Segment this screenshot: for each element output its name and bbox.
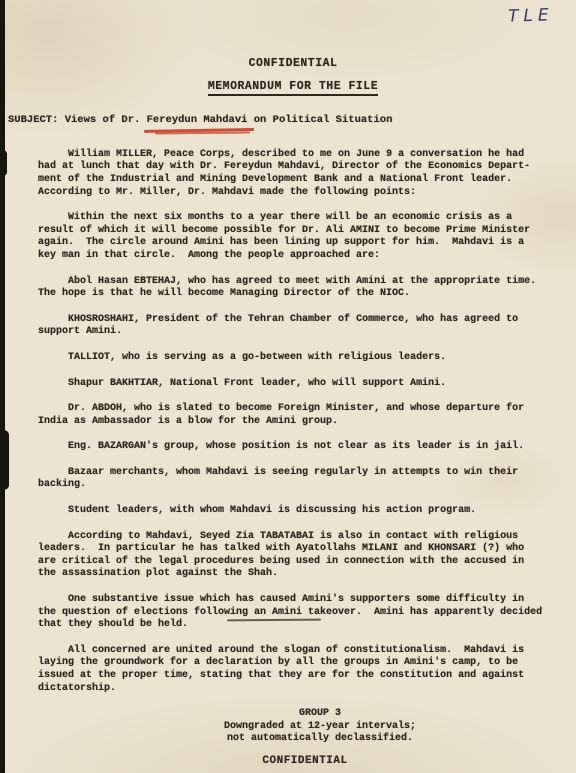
classification-header: CONFIDENTIAL (38, 58, 548, 71)
group-label: GROUP 3 (65, 708, 575, 721)
paragraph-student-leaders: Student leaders, with whom Mahdavi is di… (38, 505, 548, 518)
paragraph-talliot: TALLIOT, who is serving as a go-between … (38, 352, 548, 365)
paragraph-khosroshahi: KHOSROSHAHI, President of the Tehran Cha… (38, 314, 548, 339)
paragraph-bazaar-merchants: Bazaar merchants, whom Mahdavi is seeing… (38, 467, 548, 492)
subject-suffix: on Political Situation (247, 114, 392, 126)
paragraph-miller-intro: William MILLER, Peace Corps, described t… (38, 149, 548, 199)
paragraph-constitutionalism: All concerned are united around the slog… (38, 645, 548, 695)
downgrade-note-line2: not automatically declassified. (65, 733, 575, 746)
paragraph-bazargan: Eng. BAZARGAN's group, whose position is… (38, 441, 548, 454)
classification-footer: CONFIDENTIAL (50, 755, 560, 768)
memo-title: MEMORANDUM FOR THE FILE (208, 81, 378, 97)
paragraph-abdoh: Dr. ABDOH, who is slated to become Forei… (38, 403, 548, 428)
document-page: TLE CONFIDENTIAL MEMORANDUM FOR THE FILE… (0, 0, 576, 773)
memo-content: CONFIDENTIAL MEMORANDUM FOR THE FILE SUB… (0, 0, 576, 767)
declassification-block: GROUP 3 Downgraded at 12-year intervals;… (65, 708, 575, 746)
subject-line: SUBJECT: Views of Dr. Fereydun Mahdavi o… (8, 114, 548, 127)
paragraph-tabatabai: According to Mahdavi, Seyed Zia TABATABA… (38, 531, 548, 581)
paragraph-economic-crisis: Within the next six months to a year the… (38, 212, 548, 262)
paragraph-ebtehaj: Abol Hasan EBTEHAJ, who has agreed to me… (38, 276, 548, 301)
memo-title-row: MEMORANDUM FOR THE FILE (38, 81, 548, 97)
downgrade-note-line1: Downgraded at 12-year intervals; (65, 721, 575, 734)
subject-label: SUBJECT: Views of Dr. (8, 114, 147, 126)
paragraph-bakhtiar: Shapur BAKHTIAR, National Front leader, … (38, 378, 548, 391)
subject-name-highlighted: Fereydun Mahdavi (147, 114, 248, 127)
paragraph-elections-issue: One substantive issue which has caused A… (38, 594, 548, 632)
